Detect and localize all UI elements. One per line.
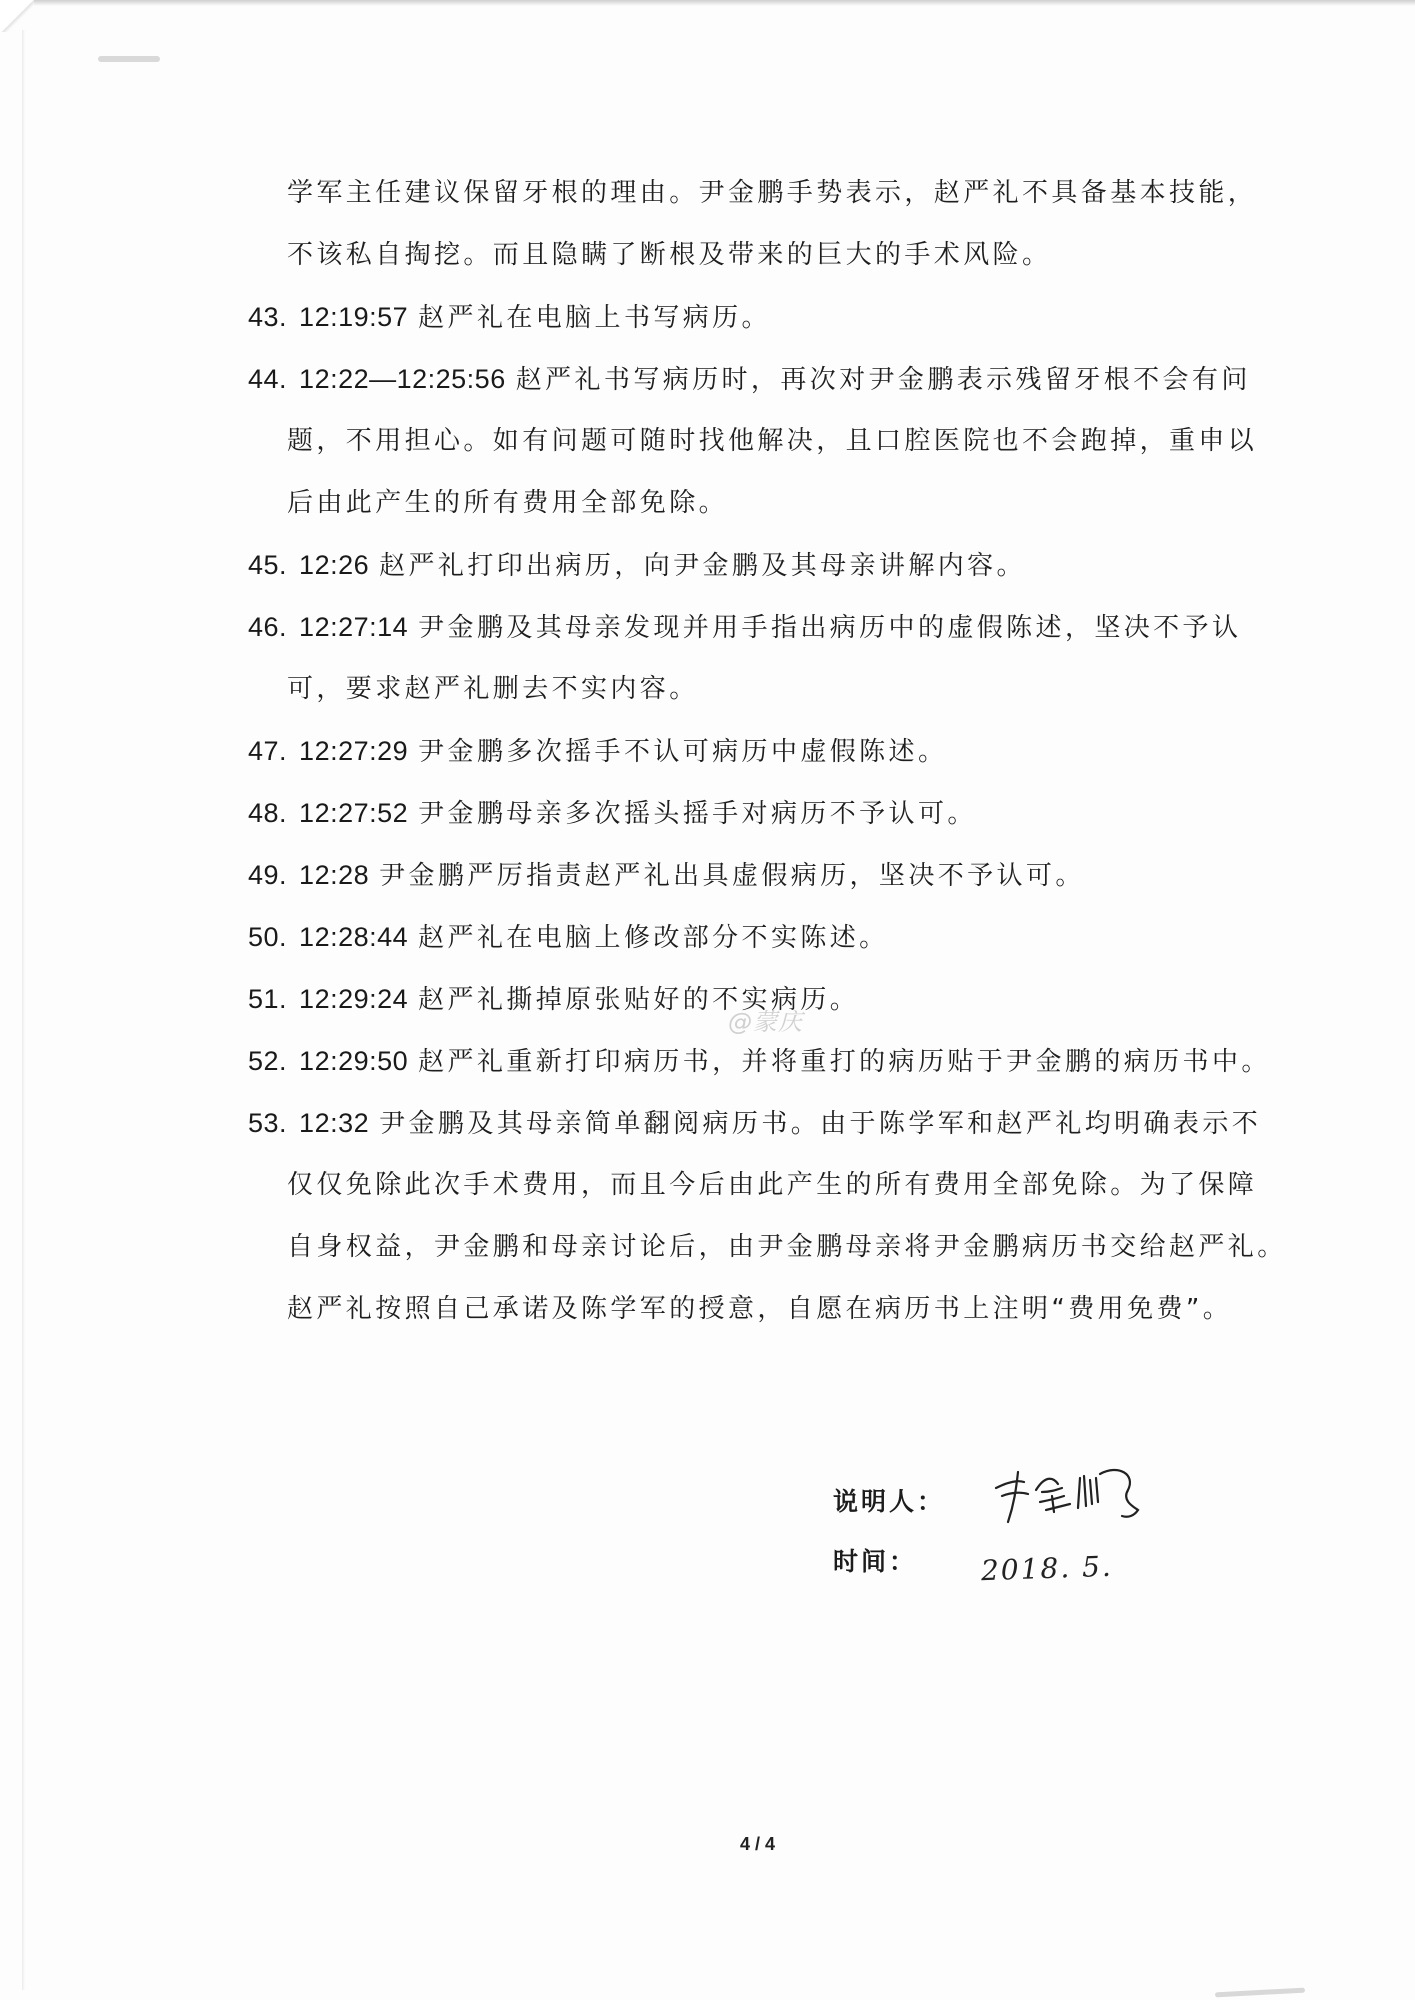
item-number: 49.: [248, 860, 287, 890]
item-text: 尹金鹏及其母亲发现并用手指出病历中的虚假陈述，坚决不予认: [418, 613, 1241, 643]
timeline-item-45: 45.12:26赵严礼打印出病历，向尹金鹏及其母亲讲解内容。: [248, 534, 1252, 596]
timeline-item-43: 43.12:19:57赵严礼在电脑上书写病历。: [248, 286, 1252, 348]
continuation-line: 仅仅免除此次手术费用，而且今后由此产生的所有费用全部免除。为了保障: [248, 1154, 1252, 1216]
line-text: 题，不用担心。如有问题可随时找他解决，且口腔医院也不会跑掉，重申以: [287, 426, 1257, 456]
item-time: 12:28: [299, 860, 369, 890]
item-time: 12:28:44: [299, 922, 408, 952]
handwritten-signature: [988, 1460, 1148, 1530]
line-text: 可，要求赵严礼删去不实内容。: [287, 674, 699, 704]
continuation-line: 自身权益，尹金鹏和母亲讨论后，由尹金鹏母亲将尹金鹏病历书交给赵严礼。: [248, 1216, 1252, 1278]
item-text: 赵严礼书写病历时，再次对尹金鹏表示残留牙根不会有问: [516, 365, 1251, 395]
item-number: 46.: [248, 612, 287, 642]
item-time: 12:22—12:25:56: [299, 364, 506, 394]
item-time: 12:19:57: [299, 302, 408, 332]
continuation-line: 学军主任建议保留牙根的理由。尹金鹏手势表示，赵严礼不具备基本技能，: [248, 162, 1252, 224]
item-number: 52.: [248, 1046, 287, 1076]
timeline-item-48: 48.12:27:52尹金鹏母亲多次摇头摇手对病历不予认可。: [248, 782, 1252, 844]
signature-strokes-icon: [988, 1460, 1148, 1530]
item-time: 12:32: [299, 1108, 369, 1138]
line-text: 学军主任建议保留牙根的理由。尹金鹏手势表示，赵严礼不具备基本技能，: [287, 178, 1257, 208]
scan-edge-top: [34, 0, 1415, 6]
item-text: 尹金鹏母亲多次摇头摇手对病历不予认可。: [418, 799, 977, 829]
item-number: 48.: [248, 798, 287, 828]
item-text: 赵严礼在电脑上书写病历。: [418, 303, 771, 333]
handwritten-date: 2018. 5.: [980, 1550, 1113, 1588]
item-time: 12:29:50: [299, 1046, 408, 1076]
item-text: 赵严礼打印出病历，向尹金鹏及其母亲讲解内容。: [379, 551, 1026, 581]
timeline-item-52: 52.12:29:50赵严礼重新打印病历书，并将重打的病历贴于尹金鹏的病历书中。: [248, 1030, 1252, 1092]
continuation-line: 赵严礼按照自己承诺及陈学军的授意，自愿在病历书上注明“费用免费”。: [248, 1278, 1252, 1340]
watermark: @蒙庆: [728, 1002, 803, 1037]
item-time: 12:27:14: [299, 612, 408, 642]
timeline-item-49: 49.12:28尹金鹏严厉指责赵严礼出具虚假病历，坚决不予认可。: [248, 844, 1252, 906]
item-time: 12:29:24: [299, 984, 408, 1014]
item-text: 尹金鹏及其母亲简单翻阅病历书。由于陈学军和赵严礼均明确表示不: [379, 1109, 1261, 1139]
continuation-line: 后由此产生的所有费用全部免除。: [248, 472, 1252, 534]
torn-corner: [0, 0, 34, 32]
line-text: 自身权益，尹金鹏和母亲讨论后，由尹金鹏母亲将尹金鹏病历书交给赵严礼。: [287, 1232, 1287, 1262]
timeline-item-53: 53.12:32尹金鹏及其母亲简单翻阅病历书。由于陈学军和赵严礼均明确表示不: [248, 1092, 1252, 1154]
scanned-document-page: 学军主任建议保留牙根的理由。尹金鹏手势表示，赵严礼不具备基本技能， 不该私自掏挖…: [0, 0, 1415, 2000]
time-label: 时间：: [833, 1542, 917, 1578]
line-text: 赵严礼按照自己承诺及陈学军的授意，自愿在病历书上注明“费用免费”。: [287, 1294, 1232, 1324]
timeline-item-44: 44.12:22—12:25:56赵严礼书写病历时，再次对尹金鹏表示残留牙根不会…: [248, 348, 1252, 410]
line-text: 后由此产生的所有费用全部免除。: [287, 488, 728, 518]
continuation-line: 题，不用担心。如有问题可随时找他解决，且口腔医院也不会跑掉，重申以: [248, 410, 1252, 472]
item-number: 47.: [248, 736, 287, 766]
scan-smudge-bottom: [1215, 1988, 1305, 1998]
item-text: 赵严礼在电脑上修改部分不实陈述。: [418, 923, 888, 953]
page-number: 4 / 4: [740, 1834, 775, 1855]
timeline-item-47: 47.12:27:29尹金鹏多次摇手不认可病历中虚假陈述。: [248, 720, 1252, 782]
item-time: 12:27:29: [299, 736, 408, 766]
item-number: 50.: [248, 922, 287, 952]
item-text: 尹金鹏严厉指责赵严礼出具虚假病历，坚决不予认可。: [379, 861, 1085, 891]
scan-edge-left: [22, 30, 25, 1990]
declarant-label: 说明人：: [833, 1482, 945, 1518]
line-text: 不该私自掏挖。而且隐瞒了断根及带来的巨大的手术风险。: [287, 240, 1051, 270]
item-time: 12:27:52: [299, 798, 408, 828]
statement-body: 学军主任建议保留牙根的理由。尹金鹏手势表示，赵严礼不具备基本技能， 不该私自掏挖…: [248, 162, 1252, 1340]
signature-block: 说明人： 时间： 2018. 5.: [833, 1470, 1233, 1610]
item-number: 53.: [248, 1108, 287, 1138]
item-number: 43.: [248, 302, 287, 332]
scan-smudge: [98, 56, 160, 62]
item-number: 44.: [248, 364, 287, 394]
continuation-line: 不该私自掏挖。而且隐瞒了断根及带来的巨大的手术风险。: [248, 224, 1252, 286]
continuation-line: 可，要求赵严礼删去不实内容。: [248, 658, 1252, 720]
line-text: 仅仅免除此次手术费用，而且今后由此产生的所有费用全部免除。为了保障: [287, 1170, 1257, 1200]
item-text: 赵严礼重新打印病历书，并将重打的病历贴于尹金鹏的病历书中。: [418, 1047, 1271, 1077]
timeline-item-46: 46.12:27:14尹金鹏及其母亲发现并用手指出病历中的虚假陈述，坚决不予认: [248, 596, 1252, 658]
item-time: 12:26: [299, 550, 369, 580]
item-number: 45.: [248, 550, 287, 580]
timeline-item-50: 50.12:28:44赵严礼在电脑上修改部分不实陈述。: [248, 906, 1252, 968]
item-number: 51.: [248, 984, 287, 1014]
item-text: 尹金鹏多次摇手不认可病历中虚假陈述。: [418, 737, 947, 767]
